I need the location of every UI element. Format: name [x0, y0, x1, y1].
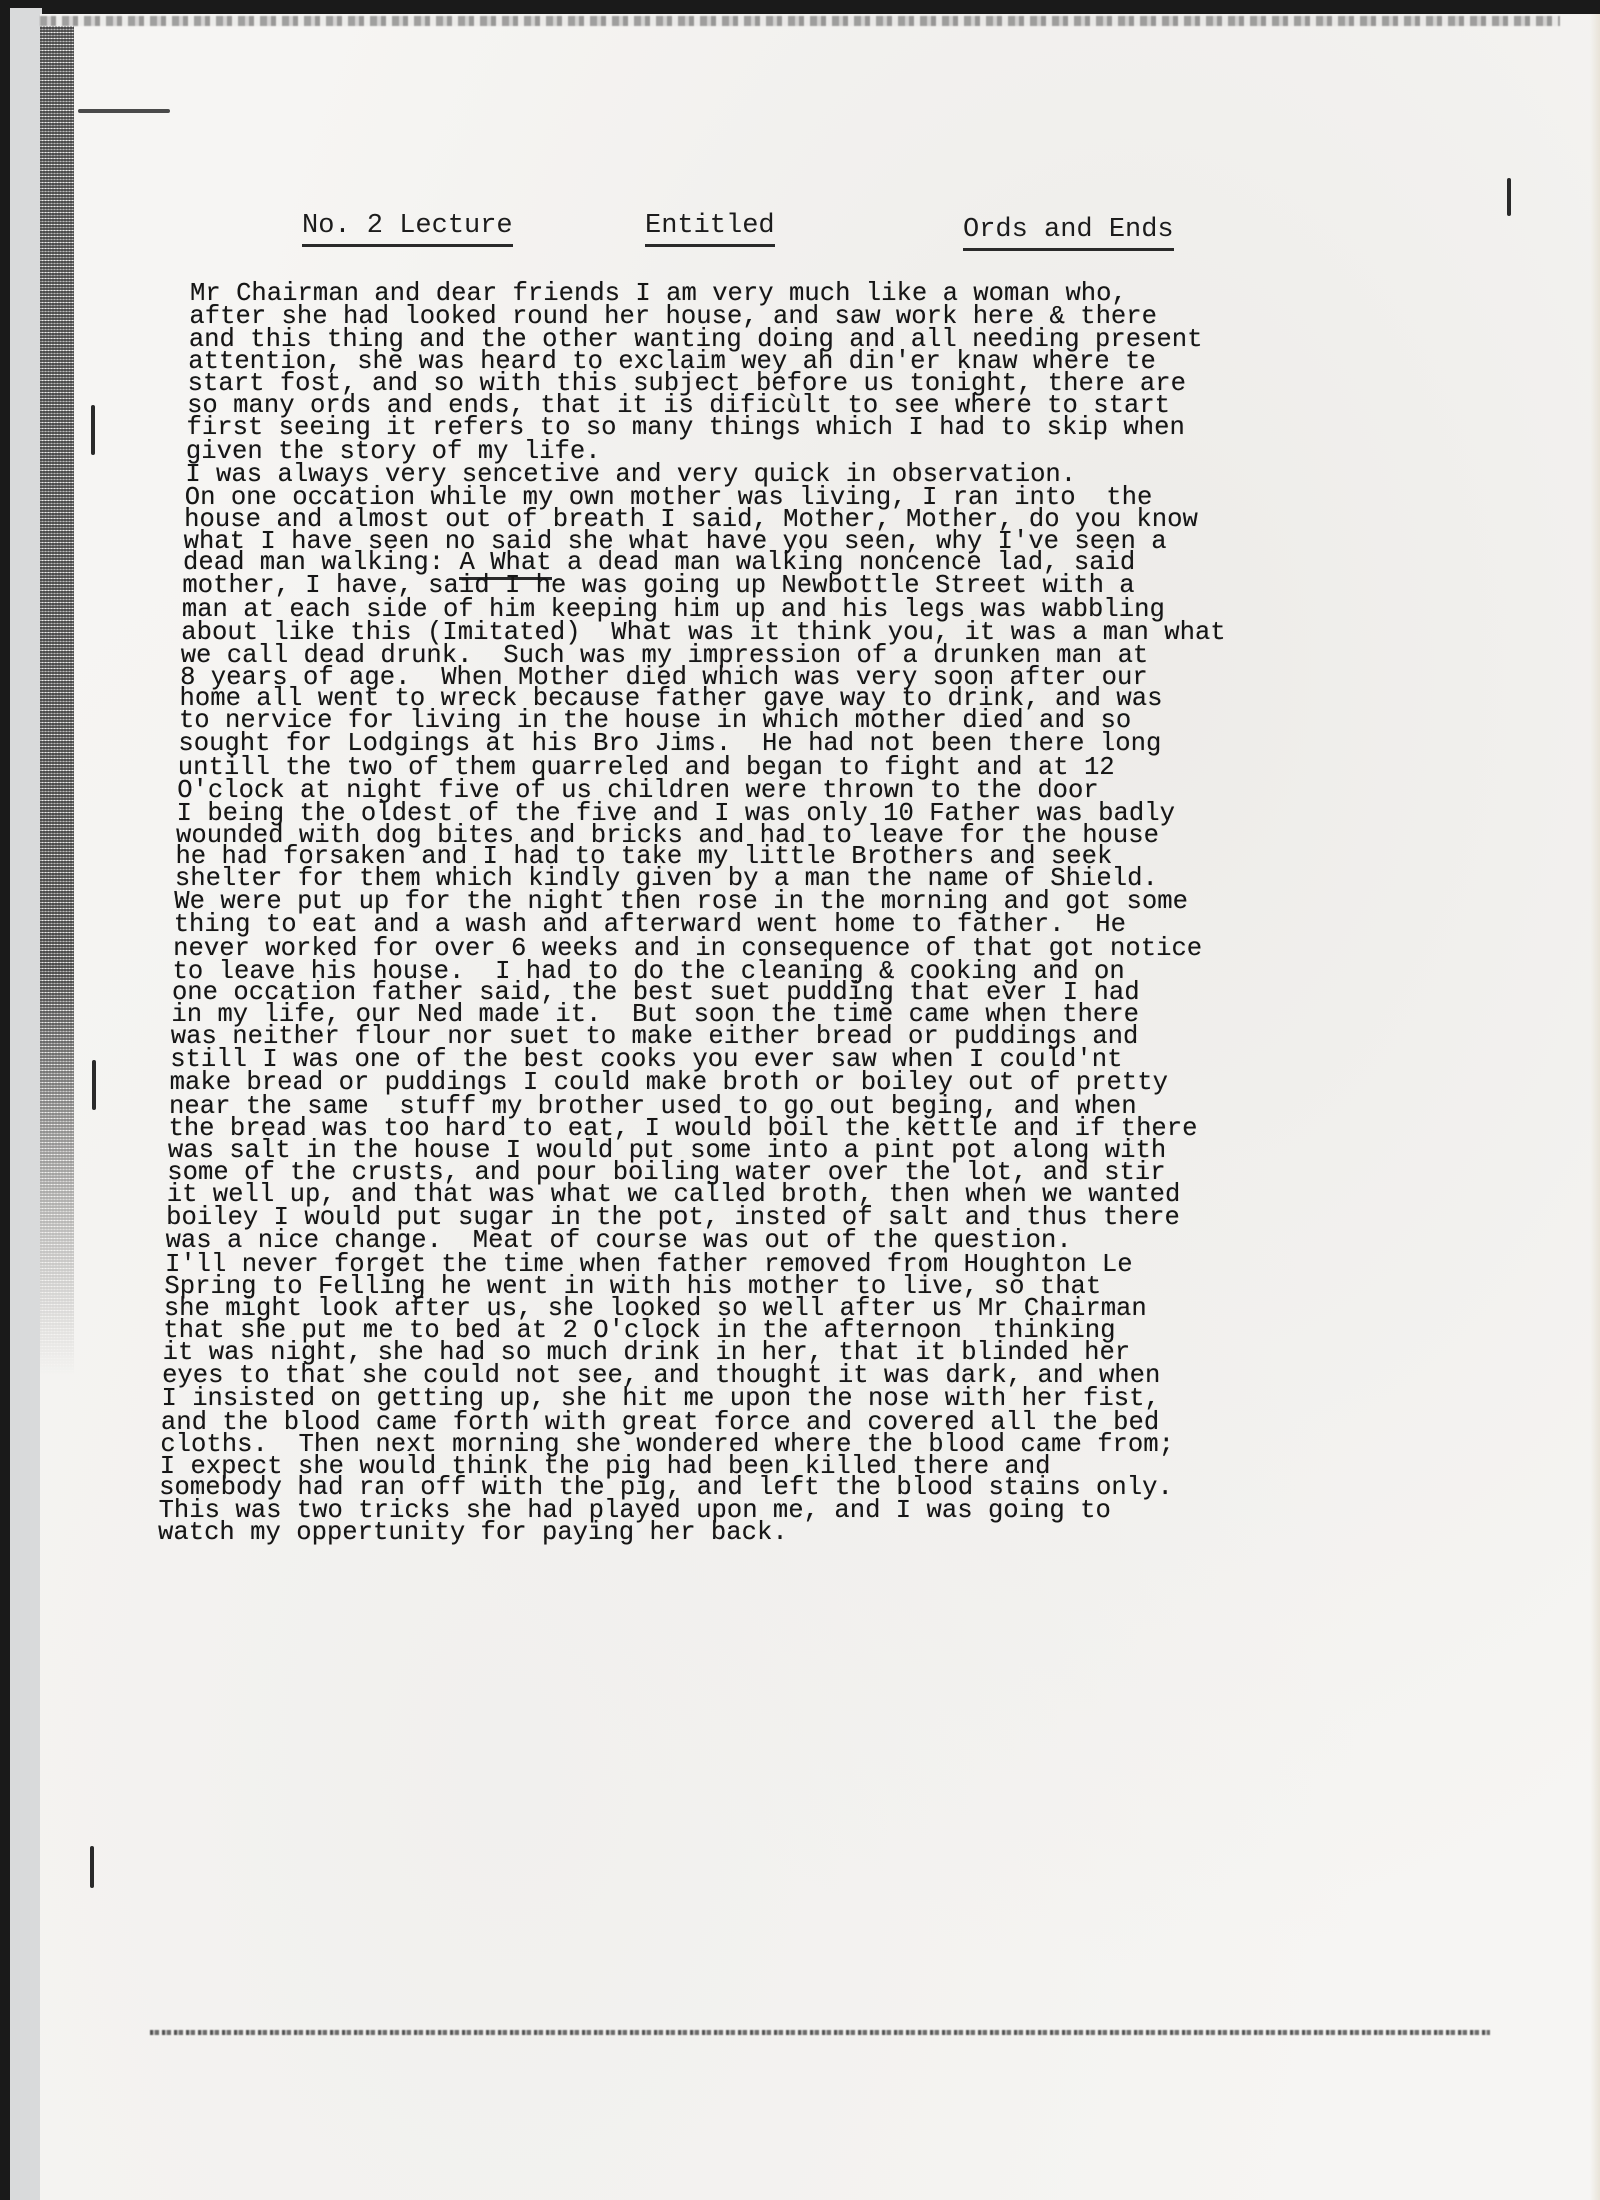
scanner-background-strip [10, 8, 42, 2200]
bottom-smudge-rule [150, 2030, 1490, 2035]
typewritten-page: No. 2 Lecture Entitled Ords and Ends Mr … [40, 14, 1600, 2200]
title-lecture-name: Ords and Ends [963, 214, 1174, 251]
margin-mark-left-2 [92, 1060, 96, 1110]
margin-mark-left-1 [91, 405, 95, 455]
title-lecture-number: No. 2 Lecture [302, 210, 513, 247]
top-edge-smudge [40, 16, 1560, 26]
margin-mark-left-3 [90, 1846, 94, 1888]
left-edge-speckle [40, 26, 74, 1376]
page-right-edge [1590, 14, 1600, 2200]
text-line: watch my oppertunity for paying her back… [158, 1521, 788, 1545]
margin-mark-horizontal [78, 109, 170, 113]
title-entitled: Entitled [645, 210, 775, 247]
margin-mark-right [1507, 178, 1511, 216]
